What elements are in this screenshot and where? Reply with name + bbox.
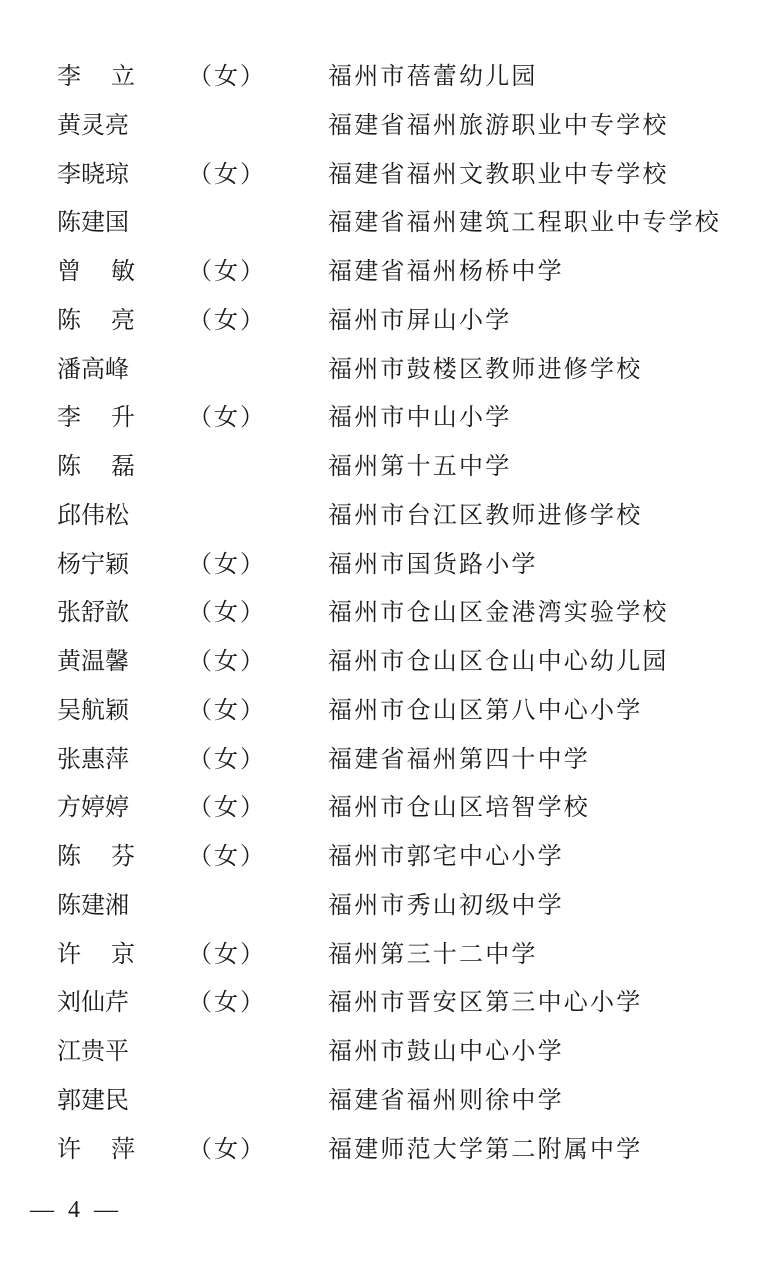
school-name: 福建省福州建筑工程职业中专学校 <box>328 198 721 247</box>
person-name: 陈建湘 <box>57 881 135 930</box>
list-item: 黄灵亮福建省福州旅游职业中专学校 <box>0 101 777 150</box>
list-item: 许萍（女）福建师范大学第二附属中学 <box>0 1125 777 1174</box>
school-name: 福州市国货路小学 <box>328 540 538 589</box>
school-name: 福州市仓山区仓山中心幼儿园 <box>328 637 669 686</box>
person-name: 郭建民 <box>57 1076 135 1125</box>
list-item: 陈建湘福州市秀山初级中学 <box>0 881 777 930</box>
list-item: 陈芬（女）福州市郭宅中心小学 <box>0 832 777 881</box>
list-item: 江贵平福州市鼓山中心小学 <box>0 1027 777 1076</box>
gender-note: （女） <box>188 150 266 199</box>
list-item: 方婷婷（女）福州市仓山区培智学校 <box>0 783 777 832</box>
person-name: 杨宁颖 <box>57 540 135 589</box>
person-name: 吴航颖 <box>57 686 135 735</box>
person-name: 陈亮 <box>57 296 135 345</box>
school-name: 福州市秀山初级中学 <box>328 881 564 930</box>
school-name: 福州市晋安区第三中心小学 <box>328 978 642 1027</box>
gender-note: （女） <box>188 783 266 832</box>
gender-note: （女） <box>188 1125 266 1174</box>
gender-note: （女） <box>188 588 266 637</box>
school-name: 福州市鼓楼区教师进修学校 <box>328 345 642 394</box>
list-item: 刘仙芹（女）福州市晋安区第三中心小学 <box>0 978 777 1027</box>
list-item: 李晓琼（女）福建省福州文教职业中专学校 <box>0 150 777 199</box>
person-name: 陈磊 <box>57 442 135 491</box>
person-name: 陈芬 <box>57 832 135 881</box>
person-name: 江贵平 <box>57 1027 135 1076</box>
document-page: 李立（女）福州市蓓蕾幼儿园黄灵亮福建省福州旅游职业中专学校李晓琼（女）福建省福州… <box>0 0 777 1283</box>
list-item: 郭建民福建省福州则徐中学 <box>0 1076 777 1125</box>
list-item: 吴航颖（女）福州市仓山区第八中心小学 <box>0 686 777 735</box>
list-item: 李升（女）福州市中山小学 <box>0 393 777 442</box>
person-name: 方婷婷 <box>57 783 135 832</box>
school-name: 福建省福州第四十中学 <box>328 735 590 784</box>
page-number: — 4 — <box>30 1192 122 1228</box>
person-name: 张惠萍 <box>57 735 135 784</box>
list-item: 黄温馨（女）福州市仓山区仓山中心幼儿园 <box>0 637 777 686</box>
person-name: 刘仙芹 <box>57 978 135 1027</box>
school-name: 福州市台江区教师进修学校 <box>328 491 642 540</box>
gender-note: （女） <box>188 637 266 686</box>
person-name: 陈建国 <box>57 198 135 247</box>
list-item: 张惠萍（女）福建省福州第四十中学 <box>0 735 777 784</box>
school-name: 福州市鼓山中心小学 <box>328 1027 564 1076</box>
school-name: 福建省福州杨桥中学 <box>328 247 564 296</box>
person-name: 李立 <box>57 52 135 101</box>
list-item: 李立（女）福州市蓓蕾幼儿园 <box>0 52 777 101</box>
gender-note: （女） <box>188 978 266 1027</box>
name-roster: 李立（女）福州市蓓蕾幼儿园黄灵亮福建省福州旅游职业中专学校李晓琼（女）福建省福州… <box>0 52 777 1173</box>
school-name: 福州市仓山区培智学校 <box>328 783 590 832</box>
person-name: 潘高峰 <box>57 345 135 394</box>
list-item: 许京（女）福州第三十二中学 <box>0 930 777 979</box>
person-name: 曾敏 <box>57 247 135 296</box>
gender-note: （女） <box>188 393 266 442</box>
person-name: 许萍 <box>57 1125 135 1174</box>
school-name: 福建师范大学第二附属中学 <box>328 1125 642 1174</box>
school-name: 福州市蓓蕾幼儿园 <box>328 52 538 101</box>
person-name: 张舒歆 <box>57 588 135 637</box>
gender-note: （女） <box>188 930 266 979</box>
list-item: 陈建国福建省福州建筑工程职业中专学校 <box>0 198 777 247</box>
school-name: 福州第三十二中学 <box>328 930 538 979</box>
list-item: 杨宁颖（女）福州市国货路小学 <box>0 540 777 589</box>
school-name: 福州第十五中学 <box>328 442 511 491</box>
gender-note: （女） <box>188 832 266 881</box>
list-item: 邱伟松福州市台江区教师进修学校 <box>0 491 777 540</box>
person-name: 李晓琼 <box>57 150 135 199</box>
gender-note: （女） <box>188 52 266 101</box>
school-name: 福建省福州则徐中学 <box>328 1076 564 1125</box>
person-name: 黄温馨 <box>57 637 135 686</box>
list-item: 曾敏（女）福建省福州杨桥中学 <box>0 247 777 296</box>
school-name: 福州市仓山区第八中心小学 <box>328 686 642 735</box>
school-name: 福建省福州旅游职业中专学校 <box>328 101 669 150</box>
school-name: 福州市中山小学 <box>328 393 511 442</box>
gender-note: （女） <box>188 540 266 589</box>
school-name: 福州市仓山区金港湾实验学校 <box>328 588 669 637</box>
person-name: 黄灵亮 <box>57 101 135 150</box>
person-name: 李升 <box>57 393 135 442</box>
gender-note: （女） <box>188 247 266 296</box>
person-name: 许京 <box>57 930 135 979</box>
gender-note: （女） <box>188 735 266 784</box>
list-item: 陈亮（女）福州市屏山小学 <box>0 296 777 345</box>
list-item: 陈磊福州第十五中学 <box>0 442 777 491</box>
school-name: 福建省福州文教职业中专学校 <box>328 150 669 199</box>
school-name: 福州市郭宅中心小学 <box>328 832 564 881</box>
gender-note: （女） <box>188 686 266 735</box>
gender-note: （女） <box>188 296 266 345</box>
list-item: 张舒歆（女）福州市仓山区金港湾实验学校 <box>0 588 777 637</box>
person-name: 邱伟松 <box>57 491 135 540</box>
list-item: 潘高峰福州市鼓楼区教师进修学校 <box>0 345 777 394</box>
school-name: 福州市屏山小学 <box>328 296 511 345</box>
